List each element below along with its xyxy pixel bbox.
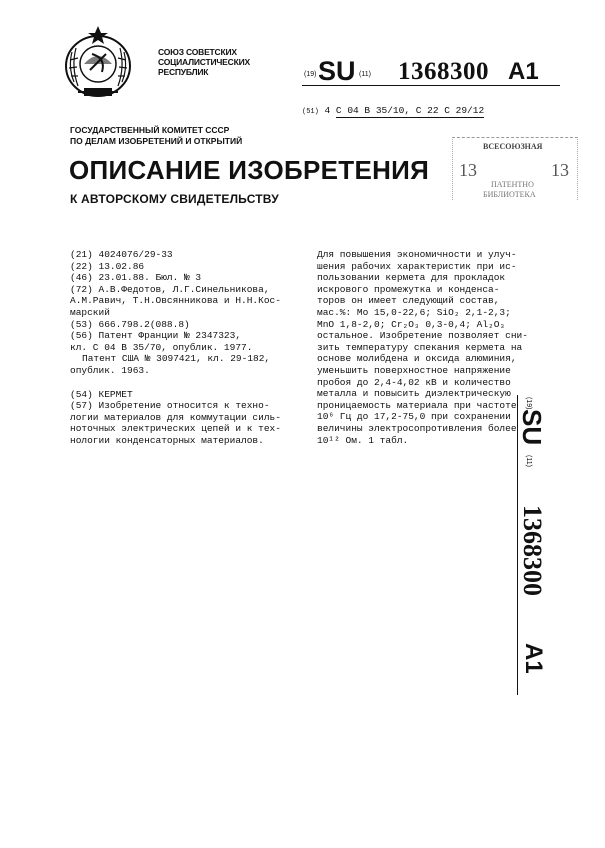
abstract-line: 10¹² Ом. 1 табл. <box>317 435 547 447</box>
stamp-number-left: 13 <box>459 160 477 181</box>
reference-line: опублик. 1963. <box>70 365 292 377</box>
abstract-line: уменьшить поверхностное напряжение <box>317 365 547 377</box>
abstract-line: металла и повысить диэлектрическую <box>317 388 547 400</box>
abstract-intro-line: нологии конденсаторных материалов. <box>70 435 292 447</box>
bibliographic-data: (21) 4024076/29-33 (22) 13.02.86 (46) 23… <box>70 249 292 447</box>
abstract-line: пользовании кермета для прокладок <box>317 272 547 284</box>
side-country-code-label: (19) <box>525 397 532 409</box>
committee-line: ПО ДЕЛАМ ИЗОБРЕТЕНИЙ И ОТКРЫТИЙ <box>70 136 242 147</box>
abstract-intro-line: логии материалов для коммутации силь- <box>70 412 292 424</box>
publication-info: (46) 23.01.88. Бюл. № 3 <box>70 272 292 284</box>
abstract-line: торов он имеет следующий состав, <box>317 295 547 307</box>
abstract-line: зить температуру спекания кермета на <box>317 342 547 354</box>
udc-code: (53) 666.798.2(088.8) <box>70 319 292 331</box>
patent-number: 1368300 <box>398 58 489 86</box>
abstract-line: MnO 1,8-2,0; Cr₂O₃ 0,3-0,4; Al₂O₃ <box>317 319 547 331</box>
abstract-line: искрового промежутка и конденса- <box>317 284 547 296</box>
abstract-line: 10⁶ Гц до 17,2-75,0 при сохранении <box>317 411 547 423</box>
abstract-line: пробоя до 2,4-4,02 кВ и количество <box>317 377 547 389</box>
committee-line: ГОСУДАРСТВЕННЫЙ КОМИТЕТ СССР <box>70 125 242 136</box>
abstract-text: Для повышения экономичности и улуч- шени… <box>317 249 547 446</box>
filing-date: (22) 13.02.86 <box>70 261 292 273</box>
invention-title: (54) КЕРМЕТ <box>70 389 292 401</box>
document-subtitle: К АВТОРСКОМУ СВИДЕТЕЛЬСТВУ <box>70 192 279 206</box>
ussr-coat-of-arms-icon <box>62 22 134 102</box>
inventors-line: марский <box>70 307 292 319</box>
inventors-line: (72) А.В.Федотов, Л.Г.Синельникова, <box>70 284 292 296</box>
abstract-intro-line: (57) Изобретение относится к техно- <box>70 400 292 412</box>
abstract-line: остальное. Изобретение позволяет сни- <box>317 330 547 342</box>
application-number: (21) 4024076/29-33 <box>70 249 292 261</box>
committee-name: ГОСУДАРСТВЕННЫЙ КОМИТЕТ СССР ПО ДЕЛАМ ИЗ… <box>70 125 242 147</box>
abstract-line: основе молибдена и оксида алюминия, <box>317 353 547 365</box>
abstract-line: проницаемость материала при частоте <box>317 400 547 412</box>
side-country-code: SU <box>516 409 547 445</box>
ipc-edition: 4 <box>325 105 331 116</box>
union-line: РЕСПУБЛИК <box>158 67 250 77</box>
abstract-line: шения рабочих характеристик при ис- <box>317 261 547 273</box>
reference-line: (56) Патент Франции № 2347323, <box>70 330 292 342</box>
side-patent-number: (19) SU (11) 1368300 A1 <box>518 395 578 695</box>
union-line: СОЦИАЛИСТИЧЕСКИХ <box>158 57 250 67</box>
abstract-line: Для повышения экономичности и улуч- <box>317 249 547 261</box>
stamp-line: БИБЛИОТЕКА <box>483 190 536 199</box>
abstract-intro-line: ноточных электрических цепей и к тех- <box>70 423 292 435</box>
abstract-line: величины электросопротивления более <box>317 423 547 435</box>
country-code-label: (19) <box>304 71 316 78</box>
stamp-line: ВСЕСОЮЗНАЯ <box>483 142 542 151</box>
side-patent-number-text: 1368300 <box>517 505 547 596</box>
stamp-number-right: 13 <box>551 160 569 181</box>
library-stamp: ВСЕСОЮЗНАЯ 13 13 ПАТЕНТНО БИБЛИОТЕКА <box>452 137 578 200</box>
abstract-line: мас.%: Mo 15,0-22,6; SiO₂ 2,1-2,3; <box>317 307 547 319</box>
document-title: ОПИСАНИЕ ИЗОБРЕТЕНИЯ <box>69 155 429 186</box>
stamp-line: ПАТЕНТНО <box>491 180 534 189</box>
reference-line: Патент США № 3097421, кл. 29-182, <box>70 353 292 365</box>
ipc-label: (51) <box>302 108 319 116</box>
reference-line: кл. С 04 В 35/70, опублик. 1977. <box>70 342 292 354</box>
union-name: СОЮЗ СОВЕТСКИХ СОЦИАЛИСТИЧЕСКИХ РЕСПУБЛИ… <box>158 47 250 77</box>
inventors-line: А.М.Равич, Т.Н.Овсянникова и Н.Н.Кос- <box>70 295 292 307</box>
ipc-classification: (51) 4 C 04 B 35/10, C 22 C 29/12 <box>302 105 484 116</box>
side-number-label: (11) <box>525 455 532 467</box>
country-code: SU <box>318 56 356 87</box>
union-line: СОЮЗ СОВЕТСКИХ <box>158 47 250 57</box>
ipc-codes: C 04 B 35/10, C 22 C 29/12 <box>336 105 484 118</box>
side-kind-code: A1 <box>519 643 547 674</box>
kind-code: A1 <box>508 58 539 86</box>
number-label: (11) <box>359 71 371 78</box>
